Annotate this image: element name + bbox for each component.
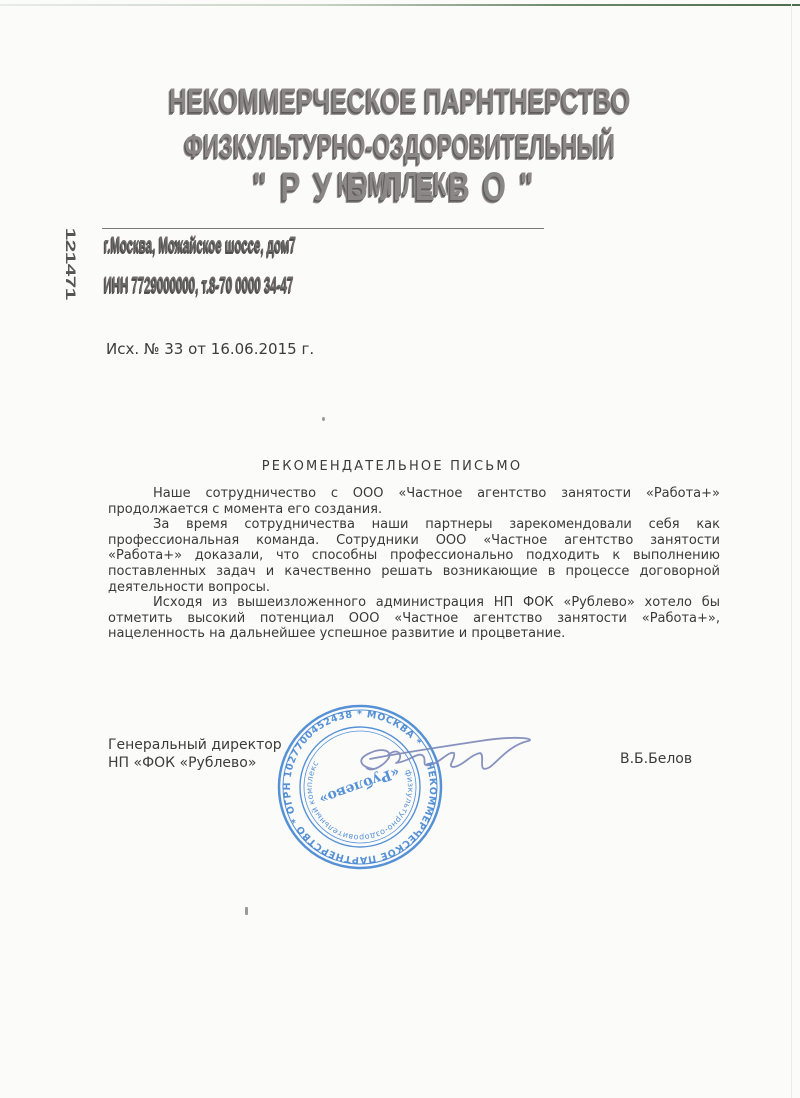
- postcode-digit: 1: [65, 270, 77, 318]
- handwritten-signature-icon: [330, 715, 540, 795]
- letter-body: Наше сотрудничество с ООО «Частное агент…: [108, 486, 720, 642]
- paragraph: За время сотрудничества наши партнеры за…: [108, 517, 720, 595]
- scan-top-edge: [0, 4, 800, 6]
- scan-right-edge: [791, 4, 792, 1098]
- letterhead-divider: [102, 228, 544, 229]
- letterhead-org-name: "РУБЛЕВО": [100, 165, 700, 210]
- document-title: РЕКОМЕНДАТЕЛЬНОЕ ПИСЬМО: [0, 459, 792, 474]
- paragraph: Наше сотрудничество с ООО «Частное агент…: [108, 486, 720, 517]
- letterhead-address: г.Москва, Можайское шоссе, дом7: [104, 232, 322, 258]
- signatory-position: Генеральный директор НП «ФОК «Рублево»: [108, 736, 282, 772]
- postcode-vertical: 1 2 1 4 7 1: [56, 228, 86, 300]
- paragraph: Исходя из вышеизложенного администрация …: [108, 595, 720, 642]
- letterhead-contacts: ИНН 7729000000, т.8-70 0000 34-47: [104, 272, 322, 298]
- scan-speck: [322, 417, 325, 421]
- letterhead-line-1: НЕКОММЕРЧЕСКОЕ ПАРНТНЕРСТВО: [112, 82, 688, 121]
- position-title: Генеральный директор: [108, 736, 282, 754]
- signatory-name: В.Б.Белов: [620, 751, 692, 767]
- outgoing-reference: Исх. № 33 от 16.06.2015 г.: [106, 340, 314, 358]
- organization-short: НП «ФОК «Рублево»: [108, 754, 282, 772]
- scan-speck: [245, 907, 248, 915]
